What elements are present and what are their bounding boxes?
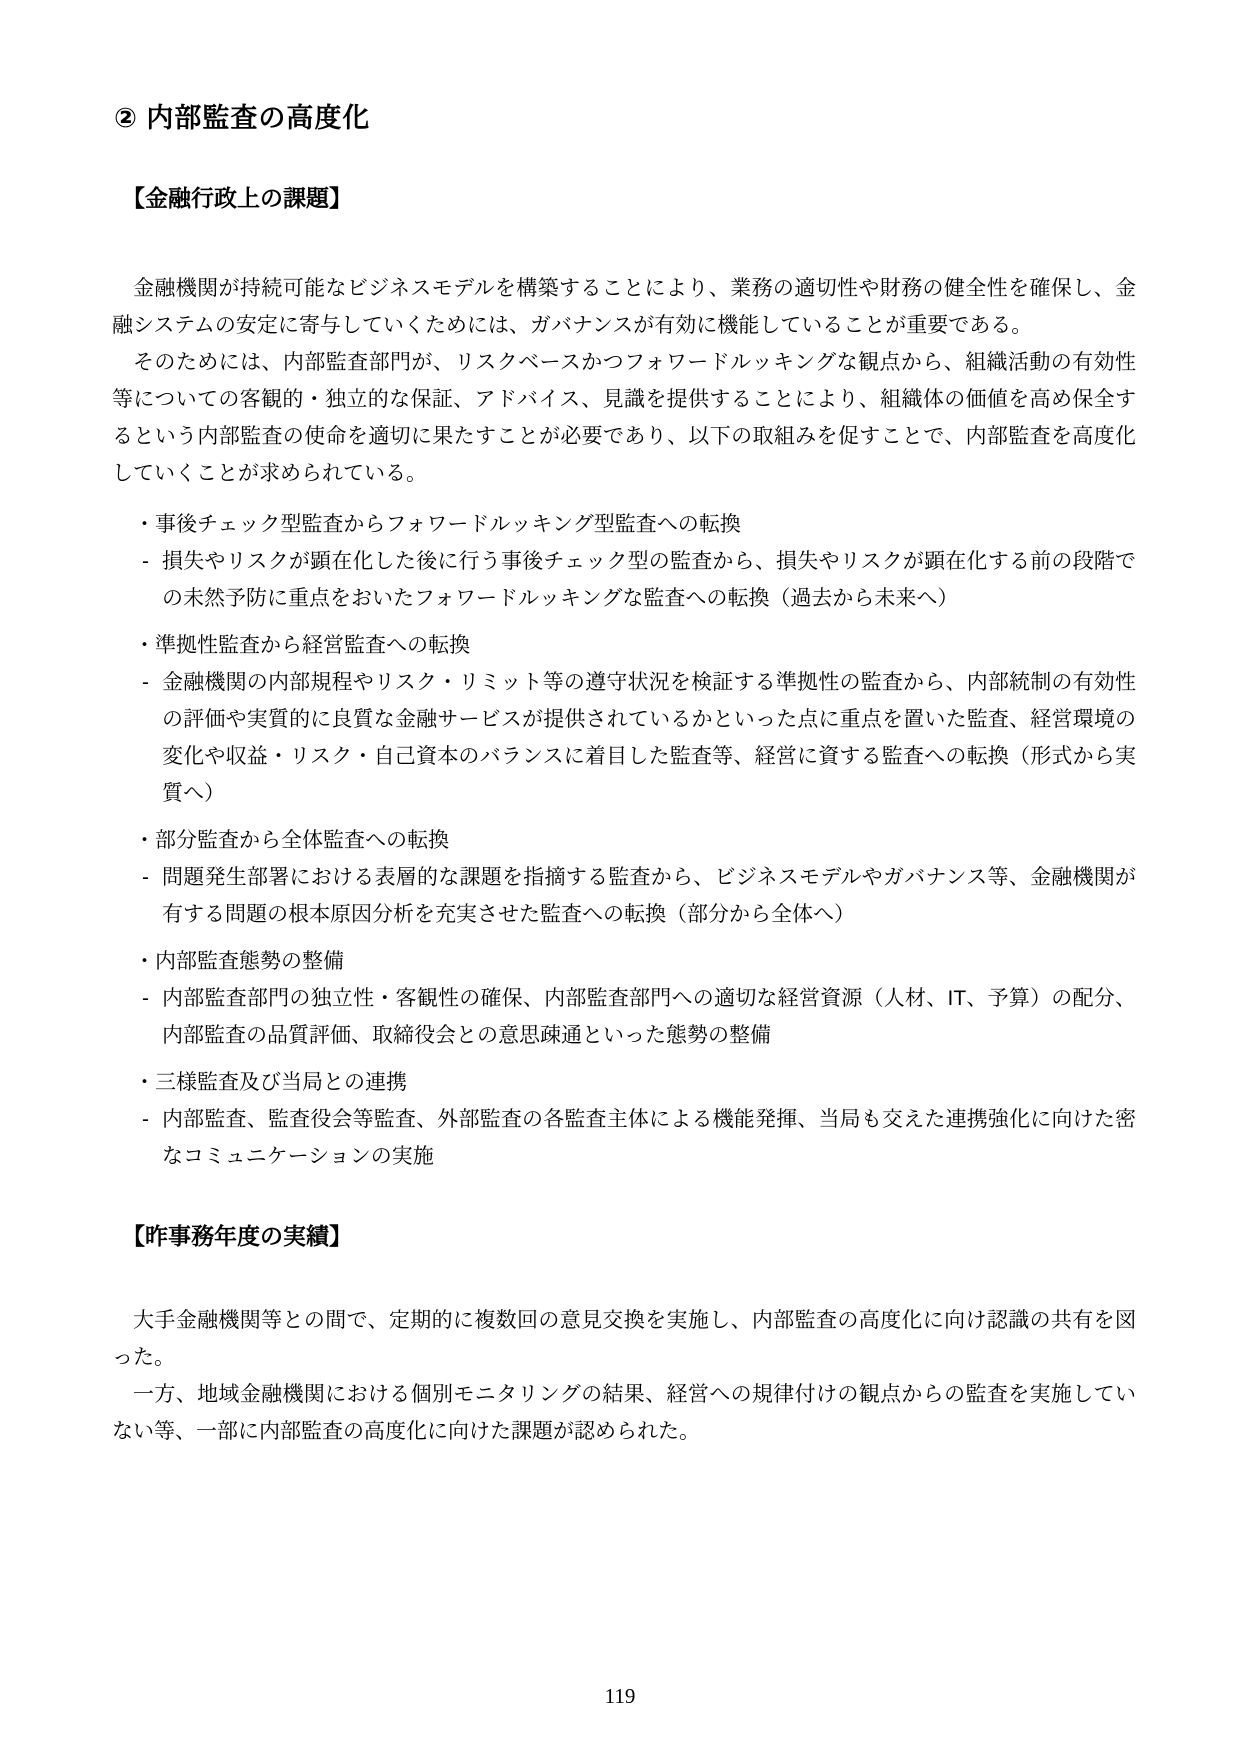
bullet-label: 内部監査態勢の整備 bbox=[155, 943, 1136, 980]
sub-bullet-text: 内部監査部門の独立性・客観性の確保、内部監査部門への適切な経営資源（人材、IT、… bbox=[162, 980, 1136, 1054]
bullet-marker: ・ bbox=[134, 627, 155, 664]
sub-bullet-marker: - bbox=[142, 859, 162, 933]
bullet-marker: ・ bbox=[134, 506, 155, 543]
bullet-line: ・ 内部監査態勢の整備 bbox=[134, 943, 1136, 980]
sub-bullet-text: 内部監査、監査役会等監査、外部監査の各監査主体による機能発揮、当局も交えた連携強… bbox=[162, 1101, 1136, 1175]
bullet-line: ・ 三様監査及び当局との連携 bbox=[134, 1064, 1136, 1101]
bullet-label: 三様監査及び当局との連携 bbox=[155, 1064, 1136, 1101]
bullet-group-three-way-audit: ・ 三様監査及び当局との連携 - 内部監査、監査役会等監査、外部監査の各監査主体… bbox=[112, 1064, 1136, 1175]
bullet-label: 部分監査から全体監査への転換 bbox=[155, 822, 1136, 859]
bullet-marker: ・ bbox=[134, 822, 155, 859]
paragraph: 金融機関が持続可能なビジネスモデルを構築することにより、業務の適切性や財務の健全… bbox=[112, 270, 1136, 344]
sub-bullet-line: - 問題発生部署における表層的な課題を指摘する監査から、ビジネスモデルやガバナン… bbox=[142, 859, 1136, 933]
bullet-line: ・ 準拠性監査から経営監査への転換 bbox=[134, 627, 1136, 664]
section-last-year-results: 【昨事務年度の実績】 大手金融機関等との間で、定期的に複数回の意見交換を実施し、… bbox=[112, 1220, 1136, 1450]
bullet-line: ・ 事後チェック型監査からフォワードルッキング型監査への転換 bbox=[134, 506, 1136, 543]
page-title: ② 内部監査の高度化 bbox=[114, 100, 1136, 136]
paragraph: 大手金融機関等との間で、定期的に複数回の意見交換を実施し、内部監査の高度化に向け… bbox=[112, 1302, 1136, 1376]
sub-bullet-marker: - bbox=[142, 980, 162, 1054]
sub-bullet-line: - 内部監査部門の独立性・客観性の確保、内部監査部門への適切な経営資源（人材、I… bbox=[142, 980, 1136, 1054]
bullet-group-whole-audit: ・ 部分監査から全体監査への転換 - 問題発生部署における表層的な課題を指摘する… bbox=[112, 822, 1136, 933]
sub-bullet-marker: - bbox=[142, 1101, 162, 1175]
sub-bullet-line: - 損失やリスクが顕在化した後に行う事後チェック型の監査から、損失やリスクが顕在… bbox=[142, 543, 1136, 617]
document-page: ② 内部監査の高度化 【金融行政上の課題】 金融機関が持続可能なビジネスモデルを… bbox=[0, 0, 1240, 1755]
paragraph: そのためには、内部監査部門が、リスクベースかつフォワードルッキングな観点から、組… bbox=[112, 344, 1136, 492]
bullet-label: 事後チェック型監査からフォワードルッキング型監査への転換 bbox=[155, 506, 1136, 543]
sub-bullet-marker: - bbox=[142, 664, 162, 812]
sub-bullet-text: 問題発生部署における表層的な課題を指摘する監査から、ビジネスモデルやガバナンス等… bbox=[162, 859, 1136, 933]
paragraph: 一方、地域金融機関における個別モニタリングの結果、経営への規律付けの観点からの監… bbox=[112, 1376, 1136, 1450]
section-header-results: 【昨事務年度の実績】 bbox=[122, 1220, 1136, 1252]
sub-bullet-text: 損失やリスクが顕在化した後に行う事後チェック型の監査から、損失やリスクが顕在化す… bbox=[162, 543, 1136, 617]
sub-bullet-line: - 内部監査、監査役会等監査、外部監査の各監査主体による機能発揮、当局も交えた連… bbox=[142, 1101, 1136, 1175]
bullet-group-forward-looking: ・ 事後チェック型監査からフォワードルッキング型監査への転換 - 損失やリスクが… bbox=[112, 506, 1136, 617]
section-financial-administration-issues: 【金融行政上の課題】 金融機関が持続可能なビジネスモデルを構築することにより、業… bbox=[112, 182, 1136, 1175]
sub-bullet-text: 金融機関の内部規程やリスク・リミット等の遵守状況を検証する準拠性の監査から、内部… bbox=[162, 664, 1136, 812]
bullet-line: ・ 部分監査から全体監査への転換 bbox=[134, 822, 1136, 859]
bullet-group-audit-structure: ・ 内部監査態勢の整備 - 内部監査部門の独立性・客観性の確保、内部監査部門への… bbox=[112, 943, 1136, 1054]
page-number: 119 bbox=[0, 1684, 1240, 1709]
bullet-marker: ・ bbox=[134, 943, 155, 980]
sub-bullet-line: - 金融機関の内部規程やリスク・リミット等の遵守状況を検証する準拠性の監査から、… bbox=[142, 664, 1136, 812]
sub-bullet-marker: - bbox=[142, 543, 162, 617]
bullet-label: 準拠性監査から経営監査への転換 bbox=[155, 627, 1136, 664]
section-header-issues: 【金融行政上の課題】 bbox=[122, 182, 1136, 214]
bullet-marker: ・ bbox=[134, 1064, 155, 1101]
bullet-group-management-audit: ・ 準拠性監査から経営監査への転換 - 金融機関の内部規程やリスク・リミット等の… bbox=[112, 627, 1136, 812]
